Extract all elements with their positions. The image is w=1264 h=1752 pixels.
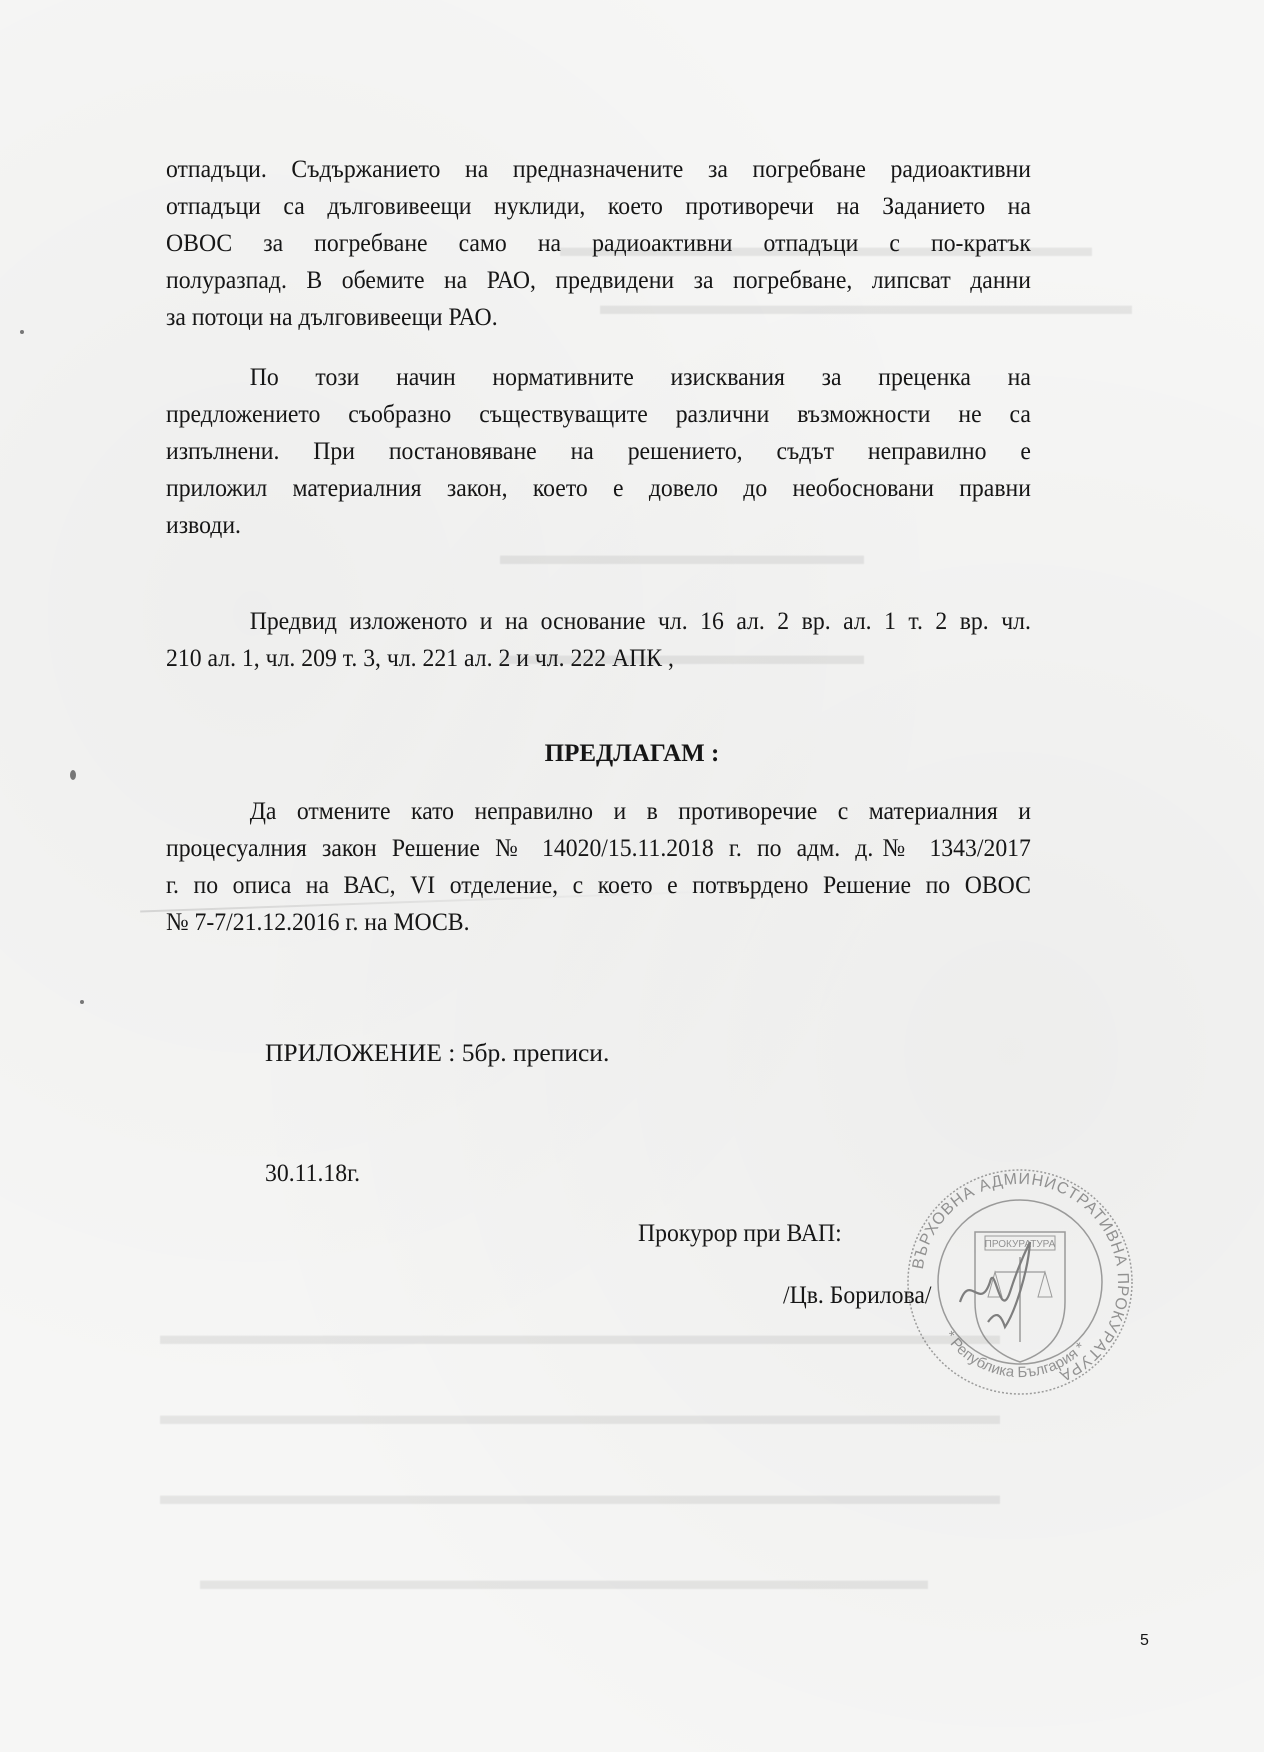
bleed-through-text: ▬▬▬▬▬▬▬▬▬▬▬▬▬ bbox=[500, 540, 864, 572]
text-line: По този начин нормативните изисквания за… bbox=[166, 358, 1031, 395]
bleed-through-text: ▬▬▬▬▬▬▬▬▬▬▬▬▬▬▬▬▬▬▬▬▬▬▬▬▬▬▬▬▬▬ bbox=[160, 1400, 1000, 1432]
svg-text:ПРОКУРАТУРА: ПРОКУРАТУРА bbox=[985, 1239, 1056, 1250]
text-line: ОВОС за погребване само на радиоактивни … bbox=[166, 224, 1031, 261]
text-line: Да отмените като неправилно и в противор… bbox=[166, 792, 1031, 829]
bleed-through-text: ▬▬▬▬▬▬▬▬▬▬▬▬▬▬▬▬▬▬▬▬▬▬▬▬▬▬▬▬▬▬ bbox=[160, 1480, 1000, 1512]
section-heading: ПРЕДЛАГАМ : bbox=[0, 740, 1264, 768]
text-line: г. по описа на ВАС, VI отделение, с коет… bbox=[166, 866, 1031, 903]
text-line: отпадъци. Съдържанието на предназначенит… bbox=[166, 150, 1031, 187]
paragraph-1: отпадъци. Съдържанието на предназначенит… bbox=[166, 150, 1031, 335]
paragraph-2: По този начин нормативните изисквания за… bbox=[166, 358, 1031, 543]
signatory-title: Прокурор при ВАП: bbox=[638, 1218, 842, 1248]
text-line: за потоци на дълговивеещи РАО. bbox=[166, 298, 1031, 335]
bleed-through-text: ▬▬▬▬▬▬▬▬▬▬▬▬▬▬▬▬▬▬▬▬▬▬▬▬▬▬ bbox=[200, 1565, 928, 1597]
document-page: ▬▬▬▬▬▬▬▬▬▬▬▬▬▬▬▬▬▬▬ ▬▬▬▬▬▬▬▬▬▬▬▬▬▬▬▬▬▬▬ … bbox=[0, 0, 1264, 1752]
text-line: Предвид изложеното и на основание чл. 16… bbox=[166, 602, 1031, 639]
text-line: № 7-7/21.12.2016 г. на МОСВ. bbox=[166, 903, 1031, 940]
text-line: 210 ал. 1, чл. 209 т. 3, чл. 221 ал. 2 и… bbox=[166, 639, 1031, 676]
scan-speck bbox=[20, 330, 24, 334]
proposal-paragraph: Да отмените като неправилно и в противор… bbox=[166, 792, 1031, 940]
attachment-note: ПРИЛОЖЕНИЕ : 5бр. преписи. bbox=[265, 1038, 609, 1068]
text-line: изводи. bbox=[166, 506, 1031, 543]
text-line: процесуалния закон Решение № 14020/15.11… bbox=[166, 829, 1031, 866]
document-date: 30.11.18г. bbox=[265, 1158, 360, 1188]
bleed-through-text: ▬▬▬▬▬▬▬▬▬▬▬▬▬▬▬▬▬▬▬▬▬▬▬▬▬▬▬▬▬▬ bbox=[160, 1320, 1000, 1352]
scan-speck bbox=[70, 770, 76, 780]
text-line: приложил материалния закон, което е дове… bbox=[166, 469, 1031, 506]
text-line: отпадъци са дълговивеещи нуклиди, което … bbox=[166, 187, 1031, 224]
scan-speck bbox=[80, 1000, 84, 1004]
paragraph-3: Предвид изложеното и на основание чл. 16… bbox=[166, 602, 1031, 676]
text-line: изпълнени. При постановяване на решениет… bbox=[166, 432, 1031, 469]
official-stamp-icon: ВЪРХОВНА АДМИНИСТРАТИВНА ПРОКУРАТУРА * Р… bbox=[900, 1162, 1140, 1402]
text-line: полуразпад. В обемите на РАО, предвидени… bbox=[166, 261, 1031, 298]
page-number: 5 bbox=[1140, 1632, 1149, 1650]
text-line: предложението съобразно съществуващите р… bbox=[166, 395, 1031, 432]
